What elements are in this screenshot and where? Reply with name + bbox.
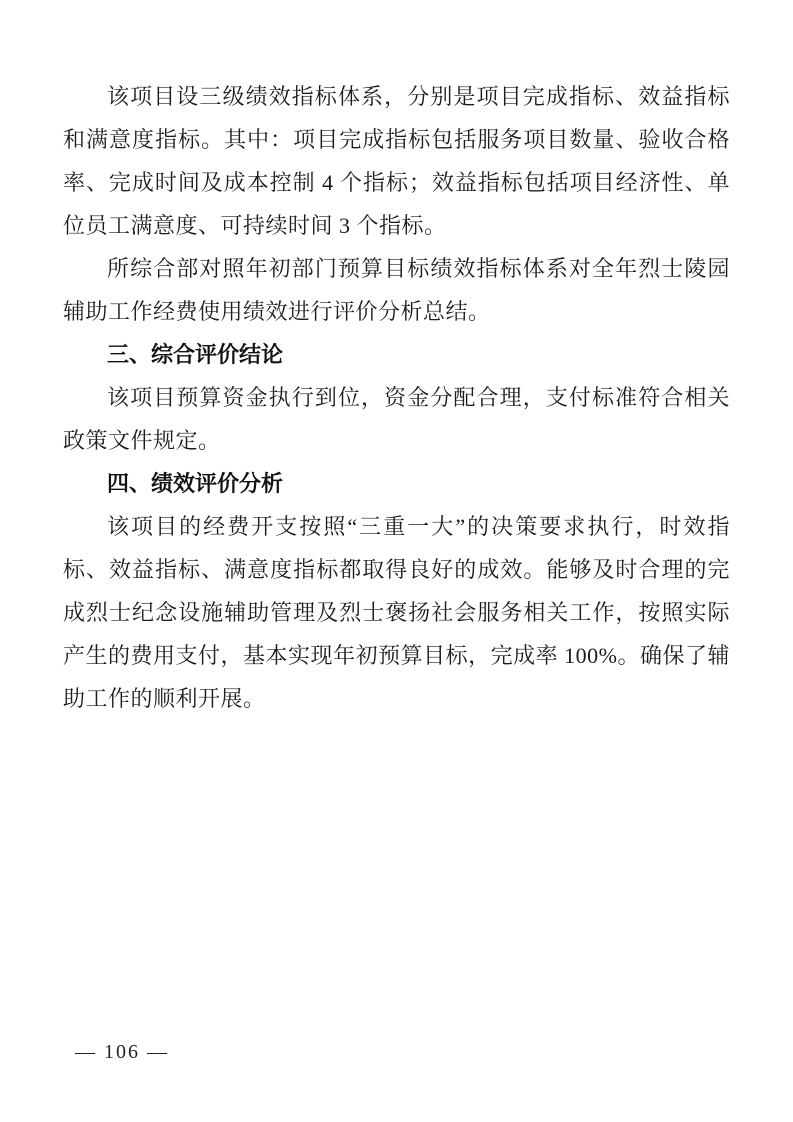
paragraph-performance-analysis: 该项目的经费开支按照“三重一大”的决策要求执行，时效指标、效益指标、满意度指标都… <box>63 505 730 720</box>
section-heading-performance-analysis: 四、绩效评价分析 <box>63 462 730 505</box>
paragraph-indicator-system: 该项目设三级绩效指标体系，分别是项目完成指标、效益指标和满意度指标。其中：项目完… <box>63 75 730 247</box>
document-body: 该项目设三级绩效指标体系，分别是项目完成指标、效益指标和满意度指标。其中：项目完… <box>63 75 730 720</box>
page-number: — 106 — <box>75 1041 169 1064</box>
paragraph-evaluation-summary: 所综合部对照年初部门预算目标绩效指标体系对全年烈士陵园辅助工作经费使用绩效进行评… <box>63 247 730 333</box>
section-heading-comprehensive-conclusion: 三、综合评价结论 <box>63 333 730 376</box>
document-page: 该项目设三级绩效指标体系，分别是项目完成指标、效益指标和满意度指标。其中：项目完… <box>0 0 793 1122</box>
paragraph-conclusion: 该项目预算资金执行到位，资金分配合理，支付标准符合相关政策文件规定。 <box>63 376 730 462</box>
